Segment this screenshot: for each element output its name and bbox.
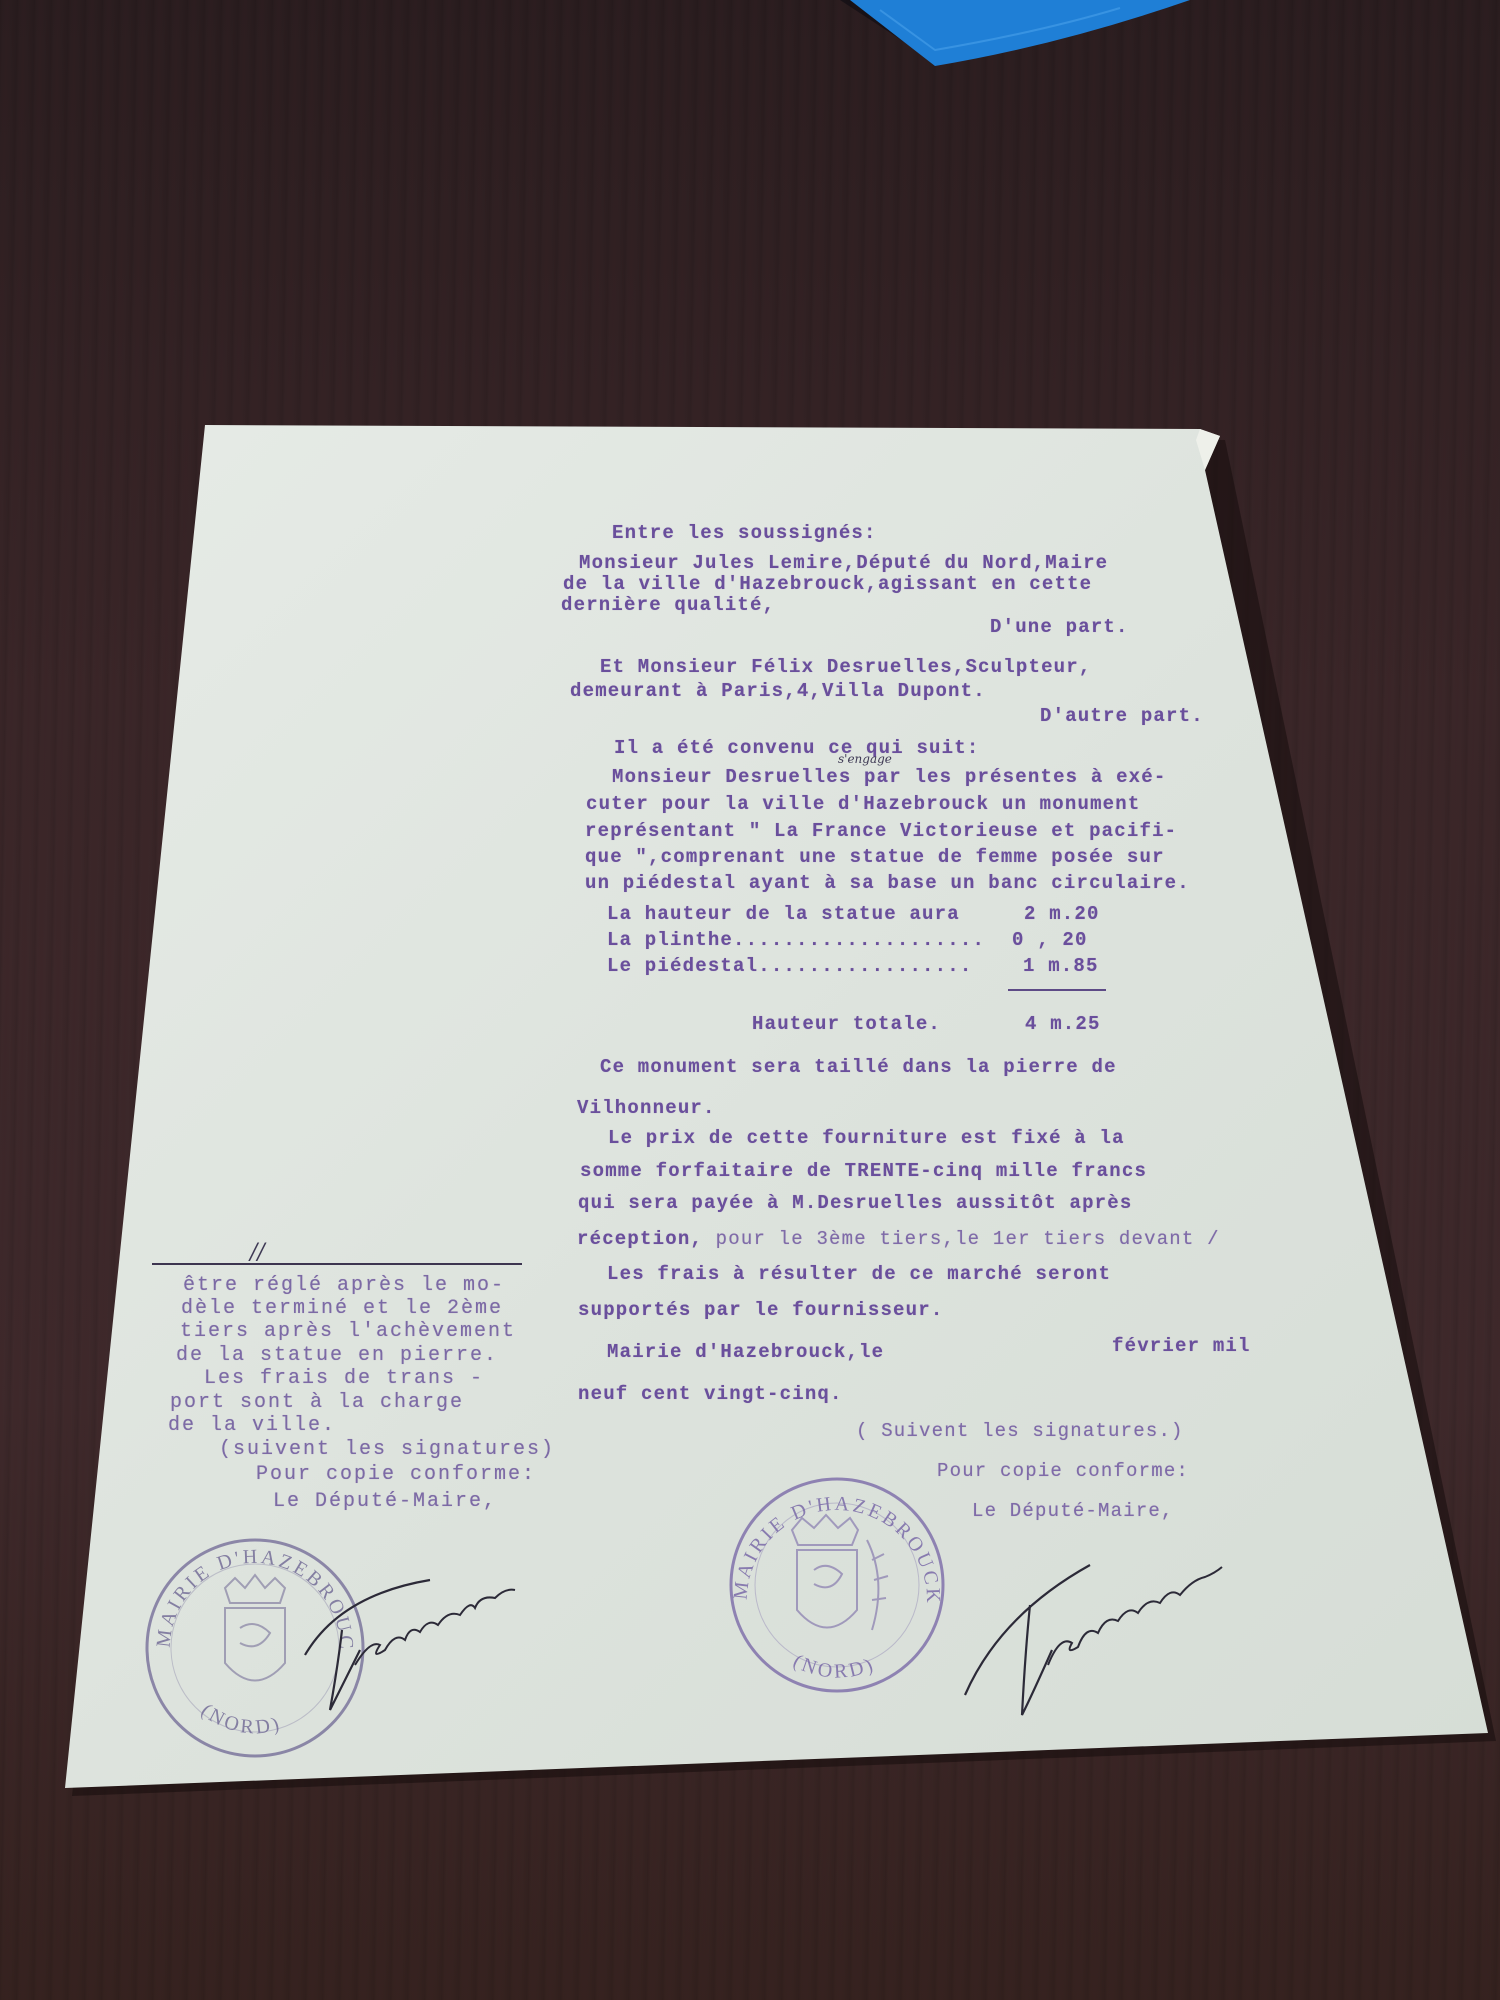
margin-line: (suivent les signatures) (205, 1438, 555, 1461)
handwritten-insert: s'engage (838, 752, 892, 766)
margin-line: port sont à la charge (170, 1391, 464, 1414)
dimension-value: 0 , 20 (1012, 929, 1088, 951)
price-line: Le prix de cette fourniture est fixé à l… (608, 1127, 1125, 1149)
margin-line: tiers après l'achèvement (180, 1320, 516, 1343)
opening-line: Entre les soussignés: (612, 522, 877, 544)
party2-suffix: D'autre part. (1040, 705, 1204, 727)
stone-line: Ce monument sera taillé dans la pierre d… (600, 1056, 1117, 1078)
place-date-right: février mil (1112, 1335, 1251, 1357)
party2-line: demeurant à Paris,4,Villa Dupont. (570, 680, 986, 702)
total-label: Hauteur totale. (752, 1013, 941, 1035)
dimension-value: 2 m.20 (1024, 903, 1100, 925)
svg-text:(NORD): (NORD) (197, 1699, 284, 1738)
dimension-value: 1 m.85 (1023, 955, 1099, 977)
party1-line: Monsieur Jules Lemire,Député du Nord,Mai… (579, 552, 1108, 574)
costs-line: Les frais à résulter de ce marché seront (607, 1263, 1111, 1285)
reception-line: réception, pour le 3ème tiers,le 1er tie… (577, 1228, 1220, 1250)
reception-rest: pour le 3ème tiers,le 1er tiers devant / (703, 1228, 1220, 1250)
photo-scene: Entre les soussignés: Monsieur Jules Lem… (0, 0, 1500, 2000)
dimension-label: La hauteur de la statue aura (607, 903, 960, 925)
total-value: 4 m.25 (1025, 1013, 1101, 1035)
year-line: neuf cent vingt-cinq. (578, 1383, 843, 1405)
margin-line: Pour copie conforme: (200, 1463, 536, 1486)
signatures-note: ( Suivent les signatures.) (856, 1420, 1184, 1442)
body-line: que ",comprenant une statue de femme pos… (585, 846, 1165, 868)
margin-line: Les frais de trans - (176, 1367, 484, 1390)
margin-line: dèle terminé et le 2ème (181, 1297, 503, 1320)
price-line: somme forfaitaire de TRENTE-cinq mille f… (580, 1160, 1147, 1182)
costs-line: supportés par le fournisseur. (578, 1299, 943, 1321)
body-line: représentant " La France Victorieuse et … (585, 820, 1177, 842)
price-line: qui sera payée à M.Desruelles aussitôt a… (578, 1192, 1132, 1214)
svg-text:(NORD): (NORD) (790, 1650, 879, 1683)
margin-mark: // (250, 1240, 265, 1265)
agreed-line: Il a été convenu ce qui suit: (614, 737, 979, 759)
signature-left (300, 1570, 560, 1720)
stone-line: Vilhonneur. (577, 1097, 716, 1119)
signatory-line: Le Député-Maire, (972, 1500, 1174, 1522)
sum-rule (1008, 989, 1106, 991)
margin-line: être réglé après le mo- (183, 1274, 505, 1297)
body-line: cuter pour la ville d'Hazebrouck un monu… (586, 793, 1140, 815)
signature-right: J.Lemire (960, 1555, 1230, 1730)
margin-rule (152, 1263, 522, 1265)
coat-of-arms-icon (225, 1575, 285, 1681)
stamp-text-bottom: (NORD) (197, 1699, 284, 1738)
party1-suffix: D'une part. (990, 616, 1129, 638)
margin-line: de la statue en pierre. (176, 1344, 498, 1367)
place-date-left: Mairie d'Hazebrouck,le (607, 1341, 884, 1363)
party2-line: Et Monsieur Félix Desruelles,Sculpteur, (600, 656, 1091, 678)
dimension-label: Le piédestal................. (607, 955, 972, 977)
body-line: Monsieur Desruelles par les présentes à … (612, 766, 1166, 788)
reception-bold: réception, (577, 1228, 703, 1250)
party1-line: dernière qualité, (561, 594, 775, 616)
stamp-text-bottom: (NORD) (790, 1650, 879, 1683)
margin-line: Le Député-Maire, (203, 1490, 497, 1513)
coat-of-arms-icon (792, 1515, 888, 1630)
party1-line: de la ville d'Hazebrouck,agissant en cet… (563, 573, 1092, 595)
mairie-stamp-right: MAIRIE D'HAZEBROUCK (NORD) (722, 1470, 952, 1700)
certified-line: Pour copie conforme: (937, 1460, 1189, 1482)
dimension-label: La plinthe.................... (607, 929, 985, 951)
margin-line: de la ville. (168, 1414, 336, 1437)
body-line: un piédestal ayant à sa base un banc cir… (585, 872, 1190, 894)
